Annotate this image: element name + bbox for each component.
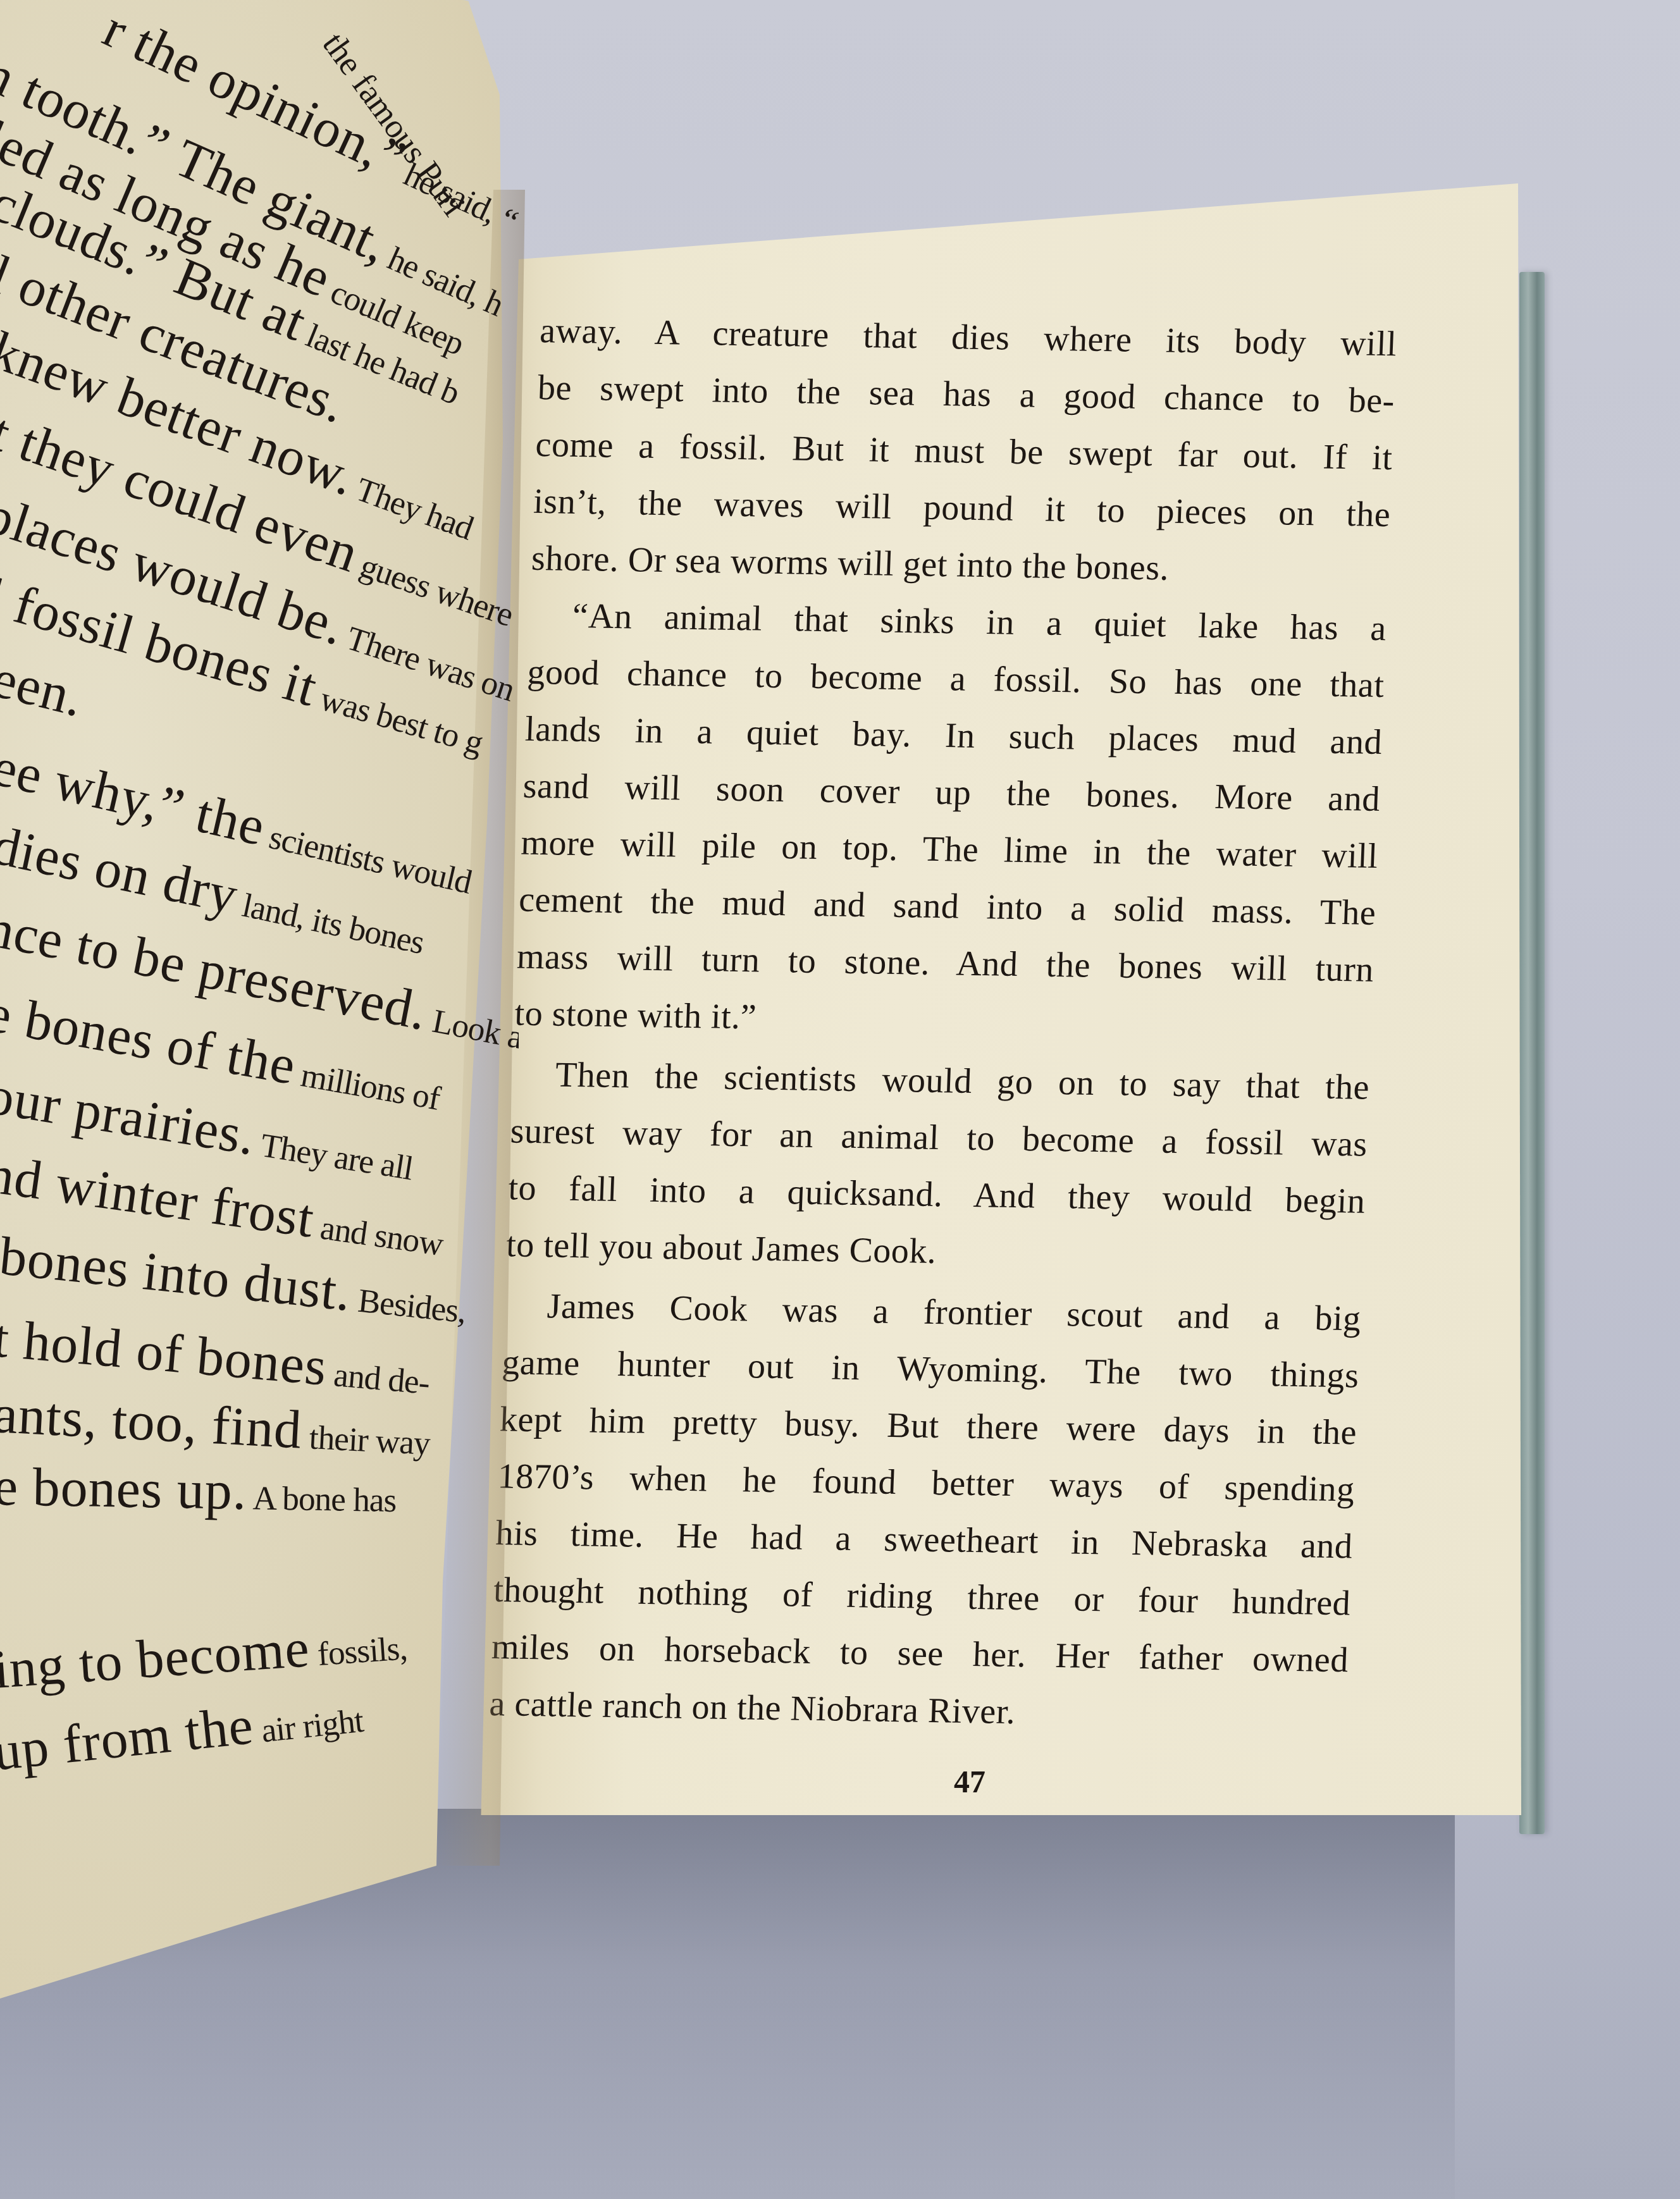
book-cover-edge [1519, 272, 1545, 1834]
right-page-body: away. A creature that dies where its bod… [488, 302, 1398, 1746]
text-line: e bones up. A bone has [0, 1455, 397, 1525]
page-number: 47 [954, 1763, 985, 1800]
text-line: een. [0, 646, 90, 729]
left-page-body: the famous Puri r the opinion,” he said,… [0, 0, 519, 1999]
